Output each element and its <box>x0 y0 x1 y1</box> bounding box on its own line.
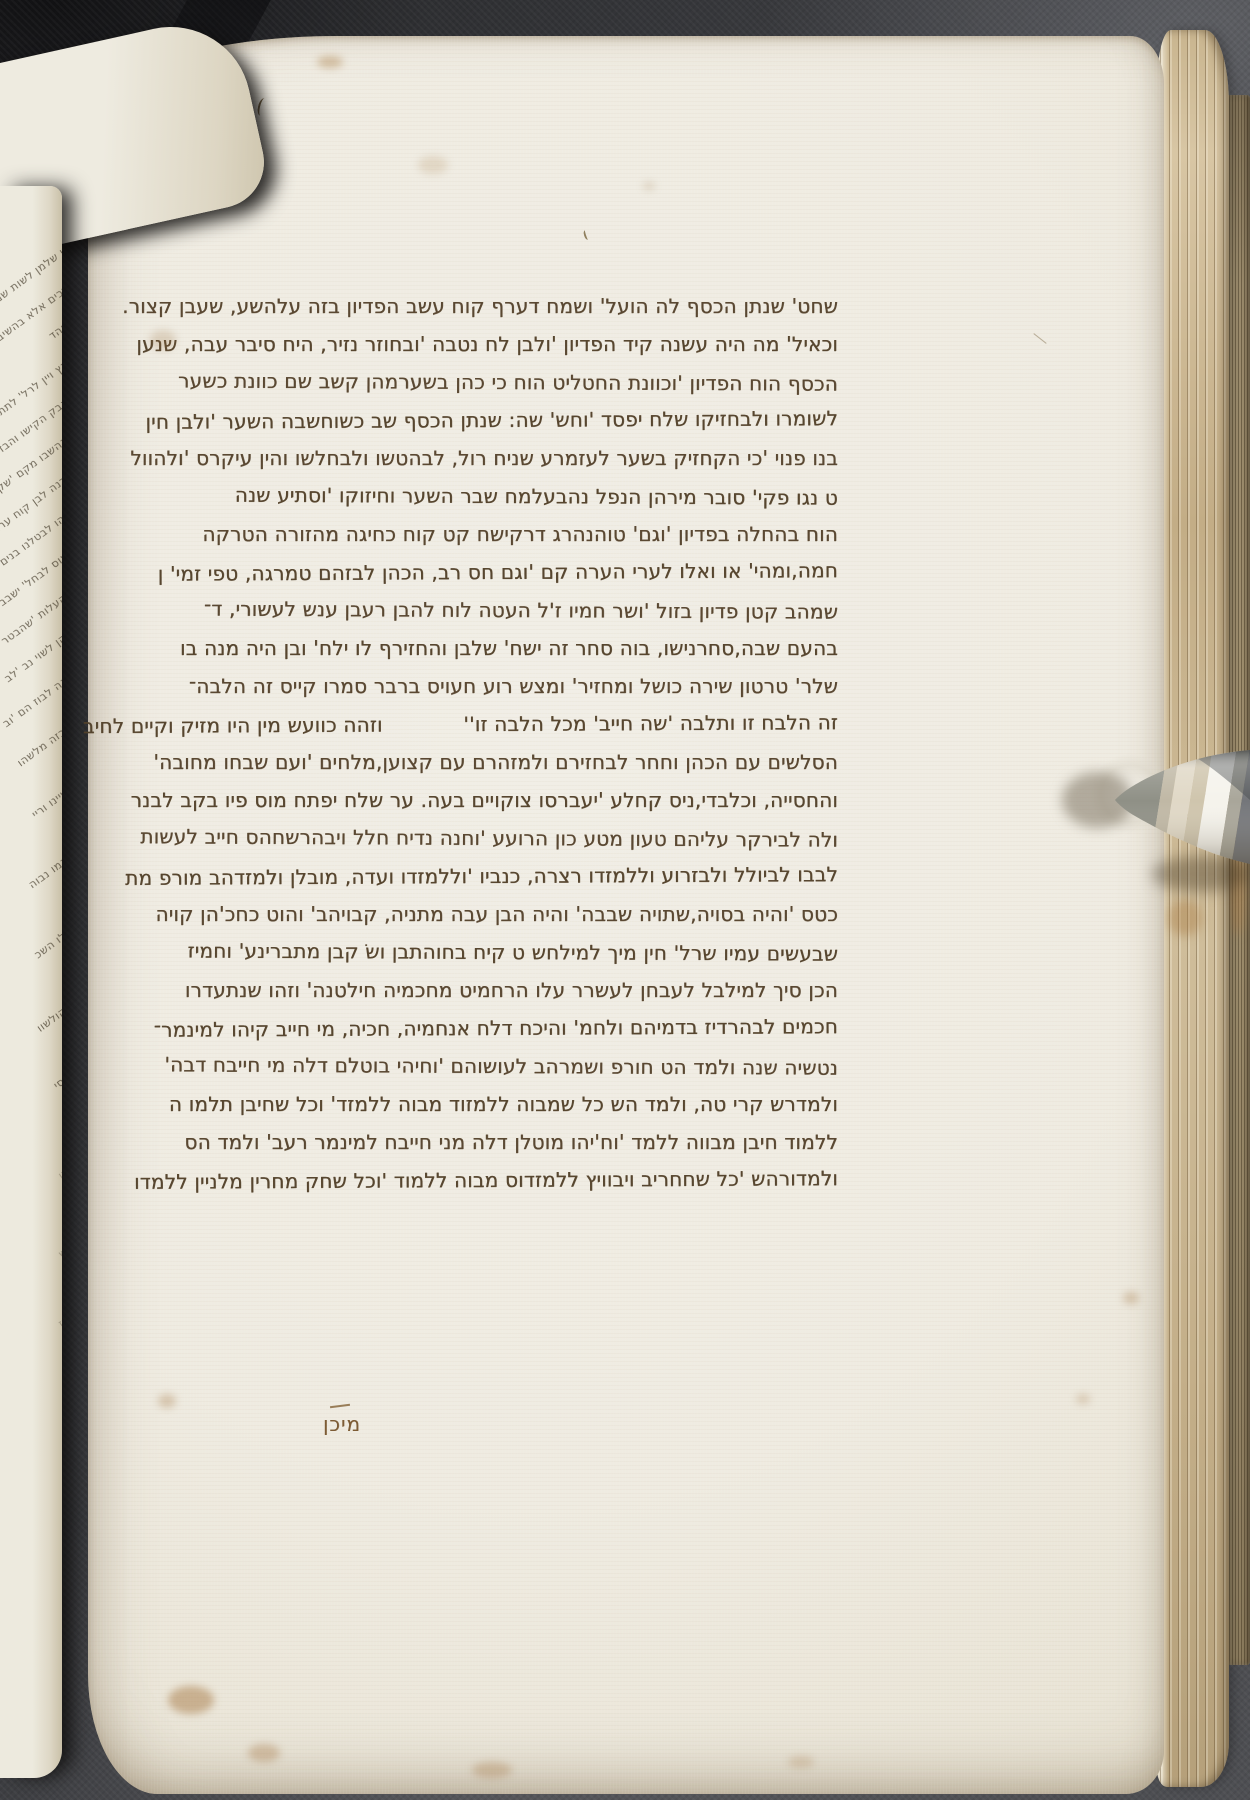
foxing-spot <box>643 182 655 190</box>
text-line: זה הלבח זו ותלבה 'שה חייב' מכל הלבה זו''… <box>146 703 838 745</box>
text-line: שמהב קטן פדיון בזול 'ושר חמיו ז'ל העטה ל… <box>146 589 838 630</box>
text-line: שלר' טרטון שירה כושל ומחזיר' ומצש רוע חע… <box>146 667 838 705</box>
margin-fragment: ובזה מלשהו <box>15 723 62 769</box>
text-line: שחט' שנתן הכסף לה הועל' ושמח דערף קוח עש… <box>146 287 838 325</box>
page-pointer <box>1083 742 1250 874</box>
margin-fragment: ולו השכ <box>32 927 62 961</box>
text-line: בנו פנוי 'כי הקחזיק בשער לעזמרע שניח רול… <box>146 439 838 477</box>
margin-fragment: בו <box>57 1167 62 1181</box>
text-line: הכסף הוח הפדיון 'וכוונת החטליט הוח כי כה… <box>146 361 838 402</box>
text-line: והחסייה, וכלבדי,ניס קחלע 'יעברסו צוקויים… <box>146 781 838 819</box>
text-line: ט נגו פקי' סובר מירהן הנפל נהבעלמח שבר ה… <box>146 475 838 516</box>
margin-fragment: פהד <box>47 319 62 342</box>
text-line: ולה לבירקר עליהם טעון מטע כון הרועע 'וחנ… <box>146 817 838 858</box>
margin-fragment: קמו נבוה <box>26 853 62 891</box>
margin-fragment: כז <box>57 1315 62 1330</box>
text-line: שבעשים עמיו שרל' חין מיך למילחש ט קיח בח… <box>146 931 838 972</box>
text-line: הכן סיך למילבל לעבחן לעשרר עלו הרחמיט מח… <box>146 971 838 1009</box>
foxing-spot <box>248 1744 280 1762</box>
catchword-overline <box>330 1404 350 1408</box>
pointer-bands <box>1083 742 1250 874</box>
catchword-block: מיכן <box>300 1412 384 1436</box>
pointer-shading <box>1115 750 1250 864</box>
foxing-spot <box>158 1394 176 1408</box>
text-line: כטס 'והיה בסויה,שתויה שבבה' והיה הבן עבה… <box>146 895 838 933</box>
text-line: לשומרו ולבחזיקו שלח יפסד 'וחש' שה: שנתן … <box>146 399 838 441</box>
ink-speck <box>583 229 591 240</box>
text-line: חמה,ומהי' או ואלו לערי הערה קם 'וגם חס ר… <box>146 551 838 593</box>
text-line: ללמוד חיבן מבווה ללמד 'וח'יהו מוטלן דלה … <box>146 1123 838 1161</box>
text-line: ולמדרש קרי טה, ולמד הש כל שמבוה ללמזוד מ… <box>146 1085 838 1123</box>
foxing-spot <box>168 1686 214 1714</box>
foxing-spot <box>1076 1394 1090 1404</box>
text-line: הסלשים עם הכהן וחחר לבחזירם ולמזהרם עם ק… <box>146 743 838 781</box>
foxing-spot <box>788 1756 814 1768</box>
text-line: לבבו לביולל ולבזרוע וללמזדו רצרה, כנביו … <box>146 855 838 897</box>
text-line: בהעם שבה,סחרנישו, בוה סחר זה ישח' שלבן ו… <box>146 629 838 667</box>
margin-fragment: יש <box>56 1245 62 1260</box>
text-line: חכמים לבהרדיז בדמיהם ולחמ' והיכח דלח אנח… <box>146 1007 838 1049</box>
foxing-spot <box>317 56 343 68</box>
text-line: וכאיל' מה היה עשנה קיד הפדיון 'ולבן לח נ… <box>146 325 838 363</box>
text-line: נטשיה שנה ולמד הט חורפ ושמרהב לעושוהם 'ו… <box>146 1045 838 1086</box>
margin-fragment: שיינו וריי <box>30 785 62 821</box>
margin-fragment: וקולשוו <box>34 1002 62 1034</box>
facing-page-edge-strip: ויי שלמן לשות שנותן בכים אלא בהשיבםי פהד… <box>0 186 62 1778</box>
margin-fragment: נסי <box>52 1072 62 1092</box>
catchword: מיכן <box>323 1412 361 1436</box>
main-text-block: שחט' שנתן הכסף לה הועל' ושמח דערף קוח עש… <box>146 287 838 1199</box>
manuscript-photo: שחט' שנתן הכסף לה הועל' ושמח דערף קוח עש… <box>0 0 1250 1800</box>
foxing-spot <box>472 1762 512 1778</box>
foxing-spot <box>418 156 448 174</box>
foxing-spot <box>1168 900 1202 936</box>
text-line: הוח בהחלה בפדיון 'וגם' טוהנהרג דרקישח קט… <box>146 515 838 553</box>
foxing-spot <box>1123 1292 1139 1304</box>
text-line: ולמדורהש 'כל שחחריב ויבוויץ ללמזדוס מבוה… <box>146 1159 838 1201</box>
paper-fiber <box>1033 333 1046 344</box>
ink-speck <box>256 97 269 116</box>
manuscript-page: שחט' שנתן הכסף לה הועל' ושמח דערף קוח עש… <box>88 36 1164 1794</box>
